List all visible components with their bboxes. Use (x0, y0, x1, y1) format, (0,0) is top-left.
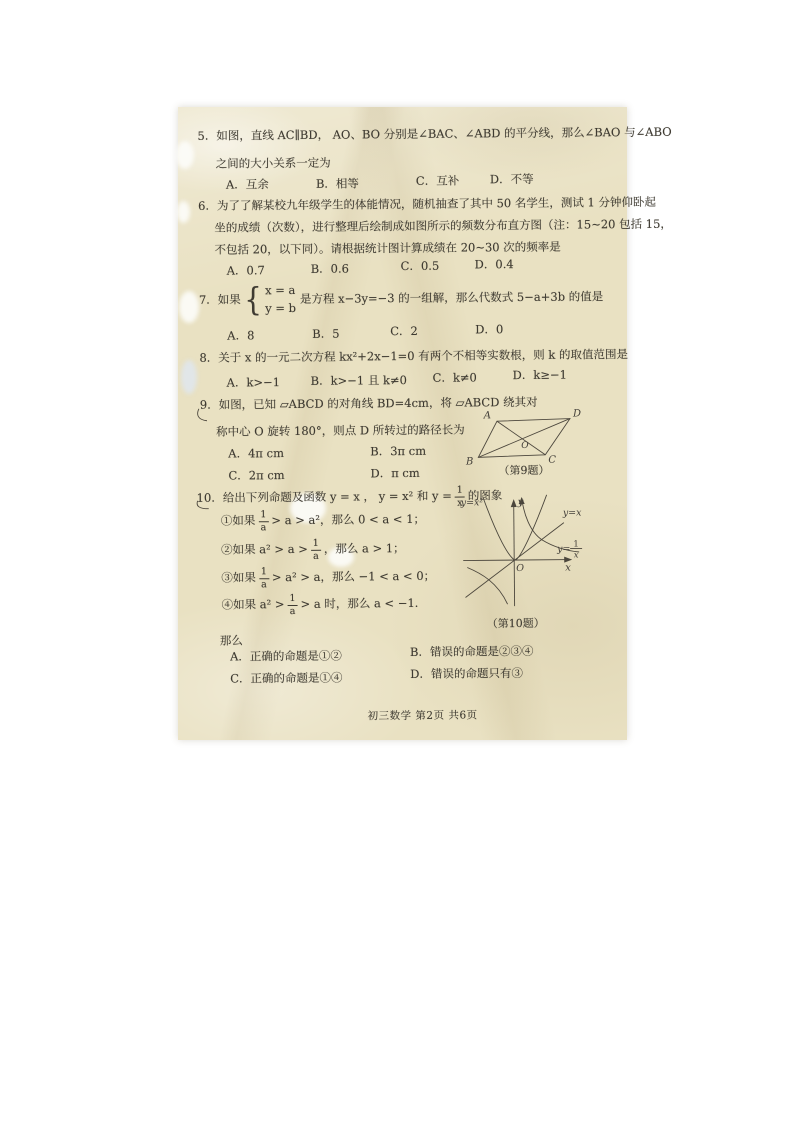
vertex-label-d: D (572, 408, 581, 419)
q10-statement-2: ②如果 a² > a > 1a，那么 a > 1； (221, 538, 405, 562)
vertex-label-c: C (548, 455, 556, 466)
q9-option-d: D．π cm (370, 468, 419, 480)
q5-option-c: C．互补 (416, 176, 459, 188)
y-axis-label: y (517, 497, 524, 508)
q7-post-text: 是方程 x−3y=−3 的一组解，那么代数式 5−a+3b 的值是 (300, 291, 603, 305)
y-axis-arrow (511, 499, 517, 507)
q7-equation-line: 7．如果 { x = a y = b 是方程 x−3y=−3 的一组解，那么代数… (199, 279, 604, 318)
q7-option-d: D．0 (475, 324, 503, 336)
q10-option-d: D．错误的命题只有③ (410, 668, 523, 680)
x-axis-label: x (565, 563, 571, 574)
fraction: 1a (258, 510, 268, 532)
q10-statement-3: ③如果 1a > a² > a，那么 −1 < a < 0； (221, 566, 435, 590)
q7-option-b: B．5 (312, 329, 339, 341)
parabola-label: y=x² (460, 497, 484, 508)
q5-option-a: A．互余 (226, 179, 269, 191)
x-axis (463, 560, 570, 561)
q10-statement-1: ①如果 1a > a > a²，那么 0 < a < 1； (221, 509, 425, 533)
parallelogram-figure: A D B C O (464, 406, 587, 465)
vertex-label-a: A (483, 410, 491, 421)
q5-text-line1: 5．如图，直线 AC∥BD， AO、BO 分别是∠BAC、∠ABD 的平分线，那… (197, 127, 671, 143)
q6-option-d: D．0.4 (475, 259, 514, 271)
reciprocal-label-num: 1 (573, 540, 579, 550)
q10-lead: 那么 (220, 635, 243, 647)
q6-text-line2: 坐的成绩（次数），进行整理后绘制成如图所示的频数分布直方图（注：15~20 包括… (214, 219, 672, 234)
q7-option-c: C．2 (390, 326, 418, 338)
identity-line-label: y=x (562, 507, 582, 518)
q9-option-b: B．3π cm (370, 446, 426, 458)
q5-option-b: B．相等 (316, 178, 359, 190)
hyperbola-q1-curve (522, 498, 579, 553)
q10-option-a: A．正确的命题是①② (230, 651, 342, 663)
y-axis (514, 501, 515, 606)
q10-option-c: C．正确的命题是①④ (230, 673, 342, 685)
fraction: 1a (311, 539, 321, 561)
q7-pre-text: 7．如果 (199, 295, 241, 307)
fraction: 1a (259, 567, 269, 589)
q9-text-line2: 称中心 O 旋转 180°，则点 D 所转过的路径长为 (216, 424, 465, 438)
q6-option-a: A．0.7 (227, 265, 265, 277)
q6-text-line3: 不包括 20，以下同）。请根据统计图计算成绩在 20~30 次的频率是 (214, 242, 560, 257)
q10-statement-4: ④如果 a² > 1a > a 时，那么 a < −1． (221, 593, 426, 617)
equation-system: x = a y = b (265, 282, 296, 318)
q6-option-b: B．0.6 (311, 264, 349, 276)
hyperbola-q3-curve (467, 567, 507, 604)
q7-equation-1: x = a (265, 282, 296, 300)
system-brace: { (244, 286, 262, 315)
pen-mark (195, 407, 211, 425)
q6-text-line1: 6．为了了解某校九年级学生的体能情况，随机抽查了其中 50 名学生，测试 1 分… (198, 197, 656, 212)
q8-option-c: C．k≠0 (433, 372, 477, 384)
page-content: 5．如图，直线 AC∥BD， AO、BO 分别是∠BAC、∠ABD 的平分线，那… (175, 103, 630, 740)
fig9-caption: （第9题） (498, 465, 549, 476)
q8-option-a: A．k>−1 (227, 377, 280, 389)
q10-intro: 10．给出下列命题及函数 y = x ， y = x² 和 y = 1x 的图象 (197, 485, 503, 510)
reciprocal-label-pre: y= (556, 544, 570, 555)
q8-option-d: D．k≥−1 (513, 370, 567, 382)
origin-label: O (516, 563, 524, 574)
vertex-label-b: B (465, 456, 473, 465)
q8-option-b: B．k>−1 且 k≠0 (311, 375, 407, 387)
q9-option-c: C．2π cm (228, 470, 284, 482)
q7-equation-2: y = b (265, 300, 296, 318)
q6-option-c: C．0.5 (401, 261, 440, 273)
fig10-caption: （第10题） (487, 618, 545, 630)
q10-option-b: B．错误的命题是②③④ (410, 646, 534, 659)
exam-paper-scan: 5．如图，直线 AC∥BD， AO、BO 分别是∠BAC、∠ABD 的平分线，那… (178, 107, 627, 740)
q9-option-a: A．4π cm (228, 448, 284, 460)
function-graph-figure: y=x² y y=x x O y= 1 x (459, 493, 635, 615)
center-label-o: O (521, 441, 529, 451)
pen-mark-stroke (198, 409, 207, 421)
reciprocal-label-den: x (574, 551, 579, 561)
q7-option-a: A．8 (227, 330, 254, 342)
q5-option-d: D．不等 (490, 174, 534, 186)
fraction: 1a (287, 594, 297, 616)
q5-text-line2: 之间的大小关系一定为 (216, 158, 331, 171)
page-footer: 初三数学 第2页 共6页 (368, 710, 478, 721)
q8-text-line1: 8．关于 x 的一元二次方程 kx²+2x−1=0 有两个不相等实数根，则 k … (199, 349, 628, 364)
